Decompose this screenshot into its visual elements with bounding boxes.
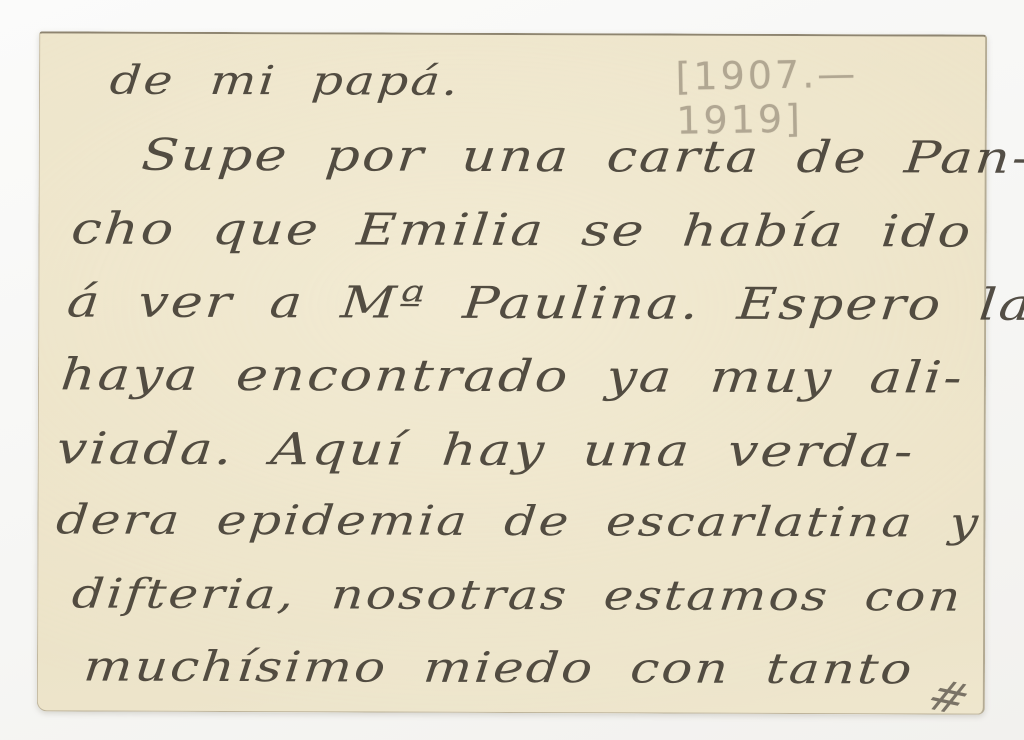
handwriting-line: dera epidemia de escarlatina y: [54, 495, 982, 546]
handwriting-line: difteria, nosotras estamos con: [70, 569, 965, 620]
pencil-hash-mark: #: [919, 671, 978, 726]
handwriting-line: viada. Aquí hay una verda-: [54, 423, 917, 477]
handwriting-line: haya encontrado ya muy ali-: [59, 349, 967, 403]
handwriting-line: muchísimo miedo con tanto: [82, 642, 916, 694]
handwriting-line: de mi papá.: [108, 58, 462, 105]
handwriting-line: cho que Emilia se había ido: [69, 203, 975, 257]
pencil-date-annotation: [1907.—1919]: [675, 49, 985, 142]
scan-background: de mi papá. Supe por una carta de Pan- c…: [0, 0, 1024, 740]
letter-card: de mi papá. Supe por una carta de Pan- c…: [37, 31, 987, 714]
handwriting-line: á ver a Mª Paulina. Espero la: [65, 276, 1024, 330]
